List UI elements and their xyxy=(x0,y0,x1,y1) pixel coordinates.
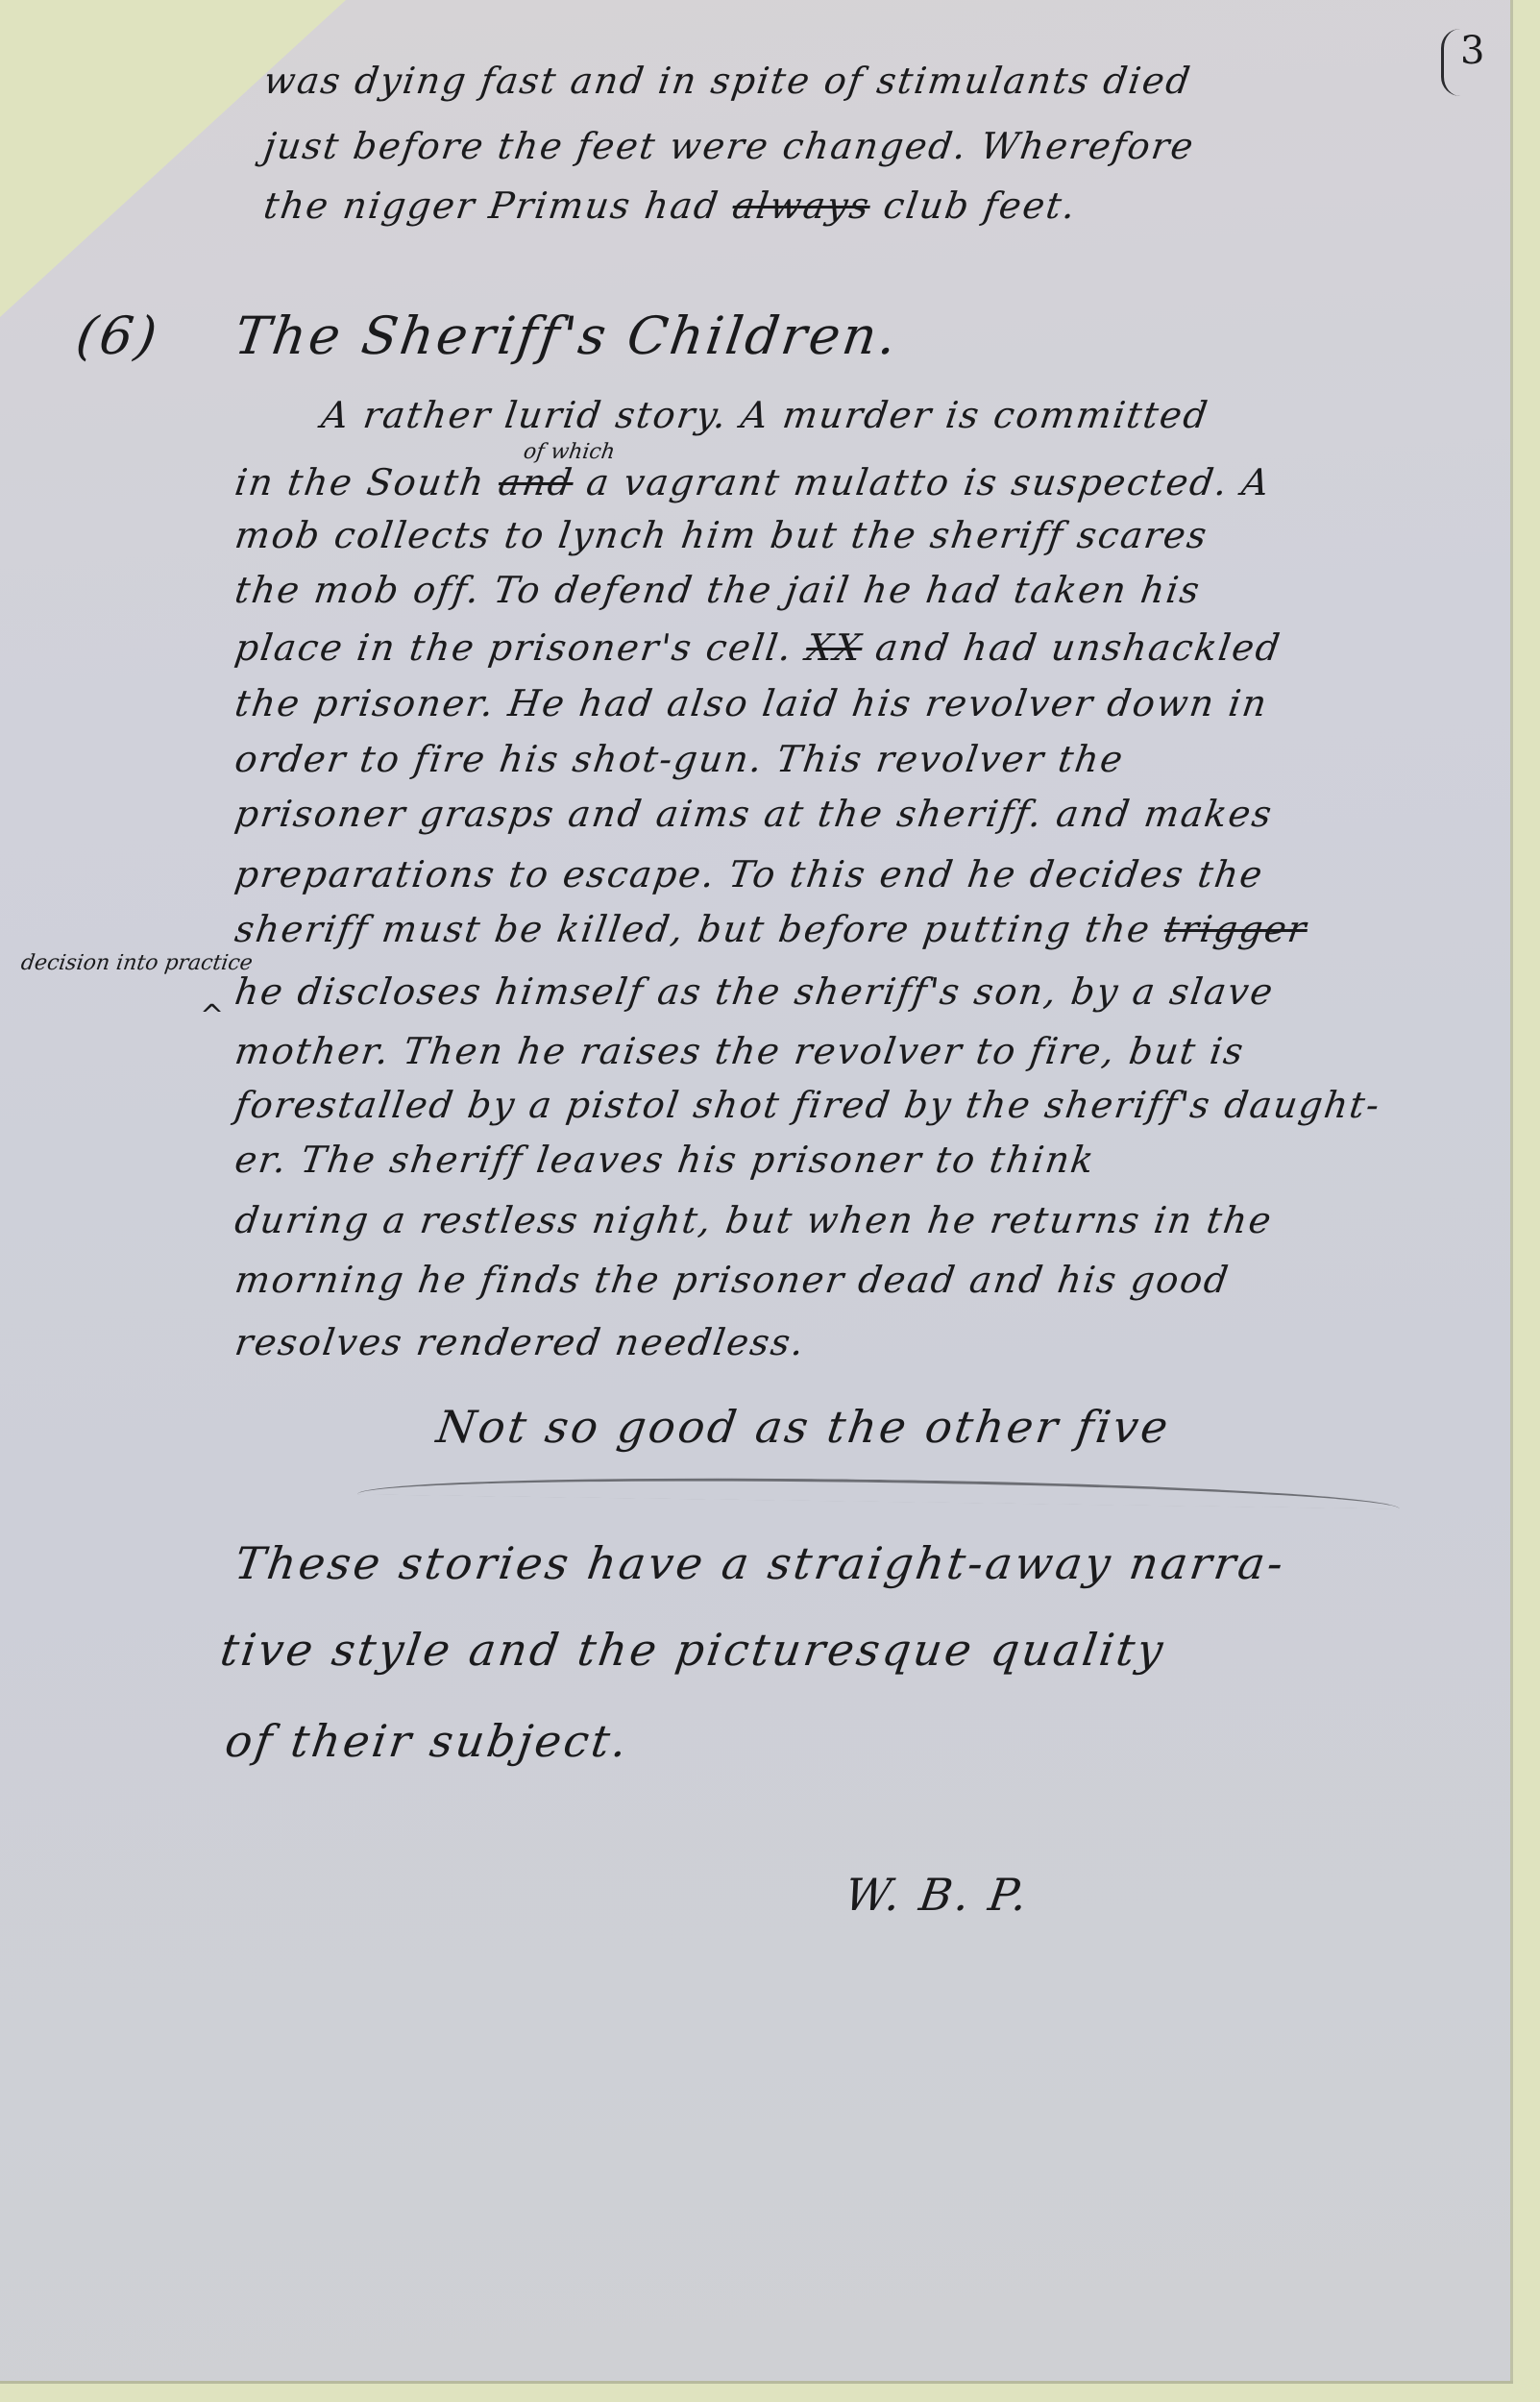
continuation-line-2: just before the feet were changed. Where… xyxy=(261,125,1198,167)
section-title: The Sheriff's Children. xyxy=(232,306,903,366)
continuation-line-3: the nigger Primus had always club feet. xyxy=(261,184,1080,227)
signature-initials: W. B. P. xyxy=(842,1869,1033,1921)
body-line-2: in the South and a vagrant mulatto is su… xyxy=(232,461,1274,503)
summary-line-2: tive style and the picturesque quality xyxy=(217,1624,1168,1676)
body-line-2-end: a vagrant mulatto is suspected. A xyxy=(584,461,1274,503)
body-line-8: prisoner grasps and aims at the sheriff.… xyxy=(232,793,1276,835)
insertion-caret: ^ xyxy=(200,999,224,1033)
body-line-12: mother. Then he raises the revolver to f… xyxy=(232,1030,1248,1072)
body-line-9: preparations to escape. To this end he d… xyxy=(232,853,1267,895)
summary-line-3: of their subject. xyxy=(222,1715,633,1767)
body-line-5: place in the prisoner's cell. XX and had… xyxy=(232,626,1284,669)
body-line-1: A rather lurid story. A murder is commit… xyxy=(319,394,1211,436)
body-line-10-text: sheriff must be killed, but before putti… xyxy=(232,908,1154,950)
struck-mark: XX xyxy=(803,626,865,669)
margin-insertion: decision into practice xyxy=(19,951,254,975)
continuation-line-3-end: club feet. xyxy=(881,184,1080,227)
body-line-15: during a restless night, but when he ret… xyxy=(232,1199,1276,1241)
section-number: (6) xyxy=(73,306,163,366)
body-line-5-start: place in the prisoner's cell. xyxy=(232,626,796,669)
continuation-line-1: was dying fast and in spite of stimulant… xyxy=(261,60,1194,102)
body-line-13: forestalled by a pistol shot fired by th… xyxy=(232,1084,1383,1126)
body-line-5-end: and had unshackled xyxy=(873,626,1284,669)
summary-line-1: These stories have a straight-away narra… xyxy=(232,1537,1289,1589)
body-line-7: order to fire his shot-gun. This revolve… xyxy=(232,738,1127,780)
body-line-4: the mob off. To defend the jail he had t… xyxy=(232,569,1204,611)
paper-edge-bottom xyxy=(0,2381,1513,2384)
page-number: 3 xyxy=(1460,29,1484,73)
body-line-17: resolves rendered needless. xyxy=(232,1321,808,1363)
struck-word-trigger: trigger xyxy=(1161,908,1310,950)
body-line-10: sheriff must be killed, but before putti… xyxy=(232,908,1310,950)
continuation-line-3-text: the nigger Primus had xyxy=(261,184,722,227)
struck-word-always: always xyxy=(730,184,873,227)
body-line-6: the prisoner. He had also laid his revol… xyxy=(232,682,1271,724)
verdict-note: Not so good as the other five xyxy=(433,1401,1174,1453)
paper-edge-right xyxy=(1510,0,1513,2381)
body-line-3: mob collects to lynch him but the sherif… xyxy=(232,514,1211,556)
body-line-16: morning he finds the prisoner dead and h… xyxy=(232,1259,1233,1301)
body-line-11: he discloses himself as the sheriff's so… xyxy=(232,970,1277,1013)
body-line-2-start: in the South xyxy=(232,461,488,503)
body-line-14: er. The sheriff leaves his prisoner to t… xyxy=(232,1139,1098,1181)
struck-word-and: and xyxy=(496,461,576,503)
